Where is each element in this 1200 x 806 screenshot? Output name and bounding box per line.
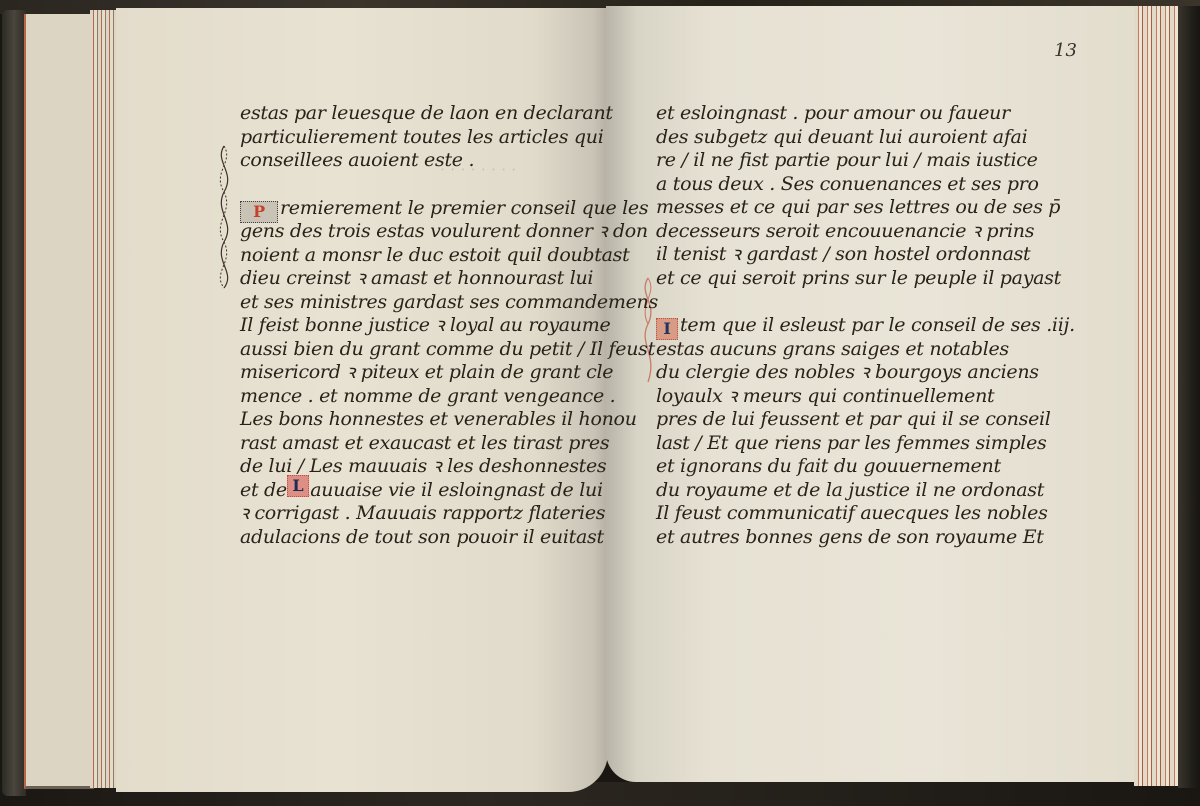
text-line: il tenist ꝛ gardast / son hostel ordonna… [656,243,1036,267]
text-line: loyaulx ꝛ meurs qui continuellement [656,385,1036,409]
text-line: particulierement toutes les articles qui [240,126,600,150]
decorated-initial-i: I [656,318,678,340]
marginal-flourish-icon [210,142,240,292]
text-line: et ce qui seroit prins sur le peuple il … [656,267,1036,291]
text-line: noient a monsr le duc estoit quil doubta… [240,244,600,268]
text-line: du royaume et de la justice il ne ordona… [656,479,1036,503]
text-line: et autres bonnes gens de son royaume Et [656,526,1036,550]
book-cover-right [1178,6,1200,788]
manuscript-photo: · · · · · · · · 13 estas par leuesque de… [0,0,1200,806]
text-line: adulacions de tout son pouoir il euitast [240,526,600,550]
text-line: ꝛ corrigast . Mauuais rapportz flateries [240,502,600,526]
page-edges-left [90,10,118,788]
text-line: Il feist bonne justice ꝛ loyal au royaum… [240,314,600,338]
text-line: Il feust communicatif auecques les noble… [656,502,1036,526]
book-cover-left [2,10,26,796]
decorated-initial-l: L [287,475,309,497]
text-line: estas par leuesque de laon en declarant [240,102,600,126]
text-line: et esloingnast . pour amour ou faueur [656,102,1036,126]
text-line: des subgetz qui deuant lui auroient afai [656,126,1036,150]
text-line: dieu creinst ꝛ amast et honnourast lui [240,267,600,291]
flyleaf-left [24,14,94,789]
text-line: misericord ꝛ piteux et plain de grant cl… [240,361,600,385]
text-line: conseillees auoient este . [240,149,600,173]
text-line-with-initial: Premierement le premier conseil que les [240,197,600,221]
text-line: remierement le premier conseil que les [280,197,648,219]
text-line: tem que il esleust par le conseil de ses… [680,314,1075,336]
right-page-text: et esloingnast . pour amour ou faueur de… [656,102,1036,549]
text-line: pres de lui feussent et par qui il se co… [656,408,1036,432]
text-line: aussi bien du grant comme du petit / Il … [240,338,600,362]
text-line: estas aucuns grans saiges et notables [656,338,1036,362]
text-line: last / Et que riens par les femmes simpl… [656,432,1036,456]
text-line: messes et ce qui par ses lettres ou de s… [656,196,1036,220]
text-line: Les bons honnestes et venerables il hono… [240,408,600,432]
text-line: et ses ministres gardast ses commandemen… [240,291,600,315]
text-line: du clergie des nobles ꝛ bourgoys anciens [656,361,1036,385]
text-line: rast amast et exaucast et les tirast pre… [240,432,600,456]
text-line: de lui / Les mauuais ꝛ les deshonnestes [240,455,606,477]
page-edges-right [1134,6,1180,786]
text-line: decesseurs seroit encouuenancie ꝛ prins [656,220,1036,244]
text-line-with-initial: Item que il esleust par le conseil de se… [656,314,1036,338]
folio-number: 13 [1054,40,1077,61]
text-line: a tous deux . Ses conuenances et ses pro [656,173,1036,197]
text-line: re / il ne fist partie pour lui / mais i… [656,149,1036,173]
text-line: gens des trois estas voulurent donner ꝛ … [240,220,600,244]
text-line: mence . et nomme de grant vengeance . [240,385,600,409]
text-line: et ignorans du fait du gouuernement [656,455,1036,479]
